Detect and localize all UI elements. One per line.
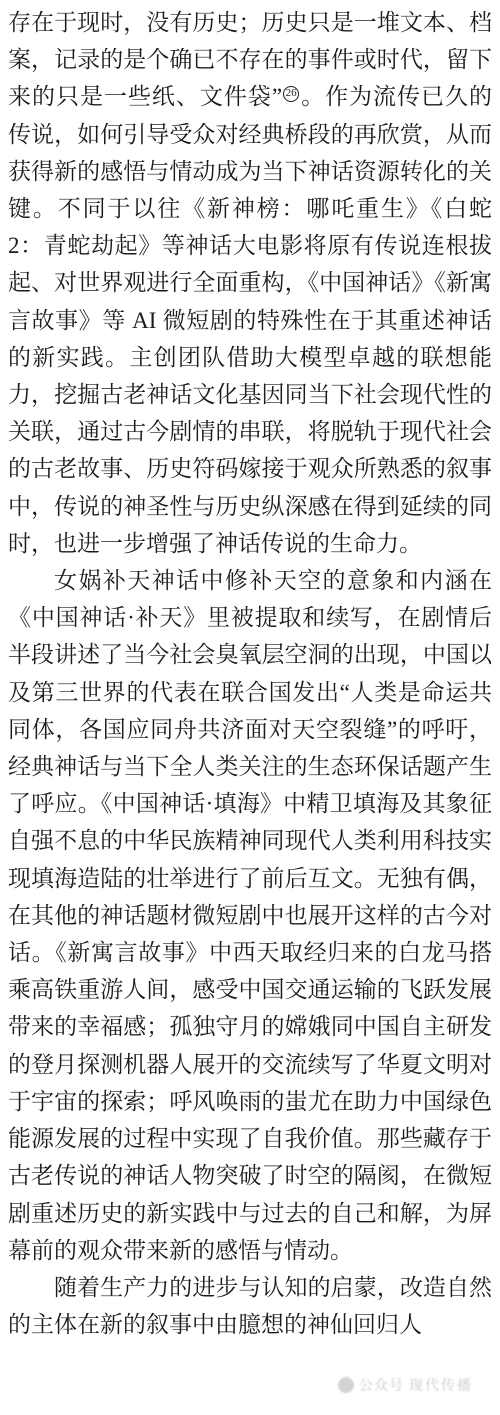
watermark-account-name: 现代传播	[409, 1375, 473, 1395]
watermark-logo-icon	[338, 1377, 354, 1393]
paragraph-1: 存在于现时，没有历史；历史只是一堆文本、档案，记录的是个确已不存在的事件或时代，…	[8, 4, 492, 562]
document-page: 公众号 现代传播 存在于现时，没有历史；历史只是一堆文本、档案，记录的是个确已不…	[0, 0, 500, 1415]
paragraph-1-text-after-ref: 。作为流传已久的传说，如何引导受众对经典桥段的再欣赏，从而获得新的感悟与情动成为…	[8, 84, 492, 555]
watermark: 公众号 现代传播	[338, 1375, 473, 1395]
watermark-account-label: 公众号	[359, 1375, 404, 1395]
paragraph-2: 女娲补天神话中修补天空的意象和内涵在《中国神话·补天》里被提取和续写，在剧情后半…	[8, 562, 492, 1269]
article-text-column: 存在于现时，没有历史；历史只是一堆文本、档案，记录的是个确已不存在的事件或时代，…	[0, 0, 500, 1343]
footnote-ref-26: 26	[283, 86, 299, 102]
paragraph-3: 随着生产力的进步与认知的启蒙，改造自然的主体在新的叙事中由臆想的神仙回归人	[8, 1269, 492, 1343]
